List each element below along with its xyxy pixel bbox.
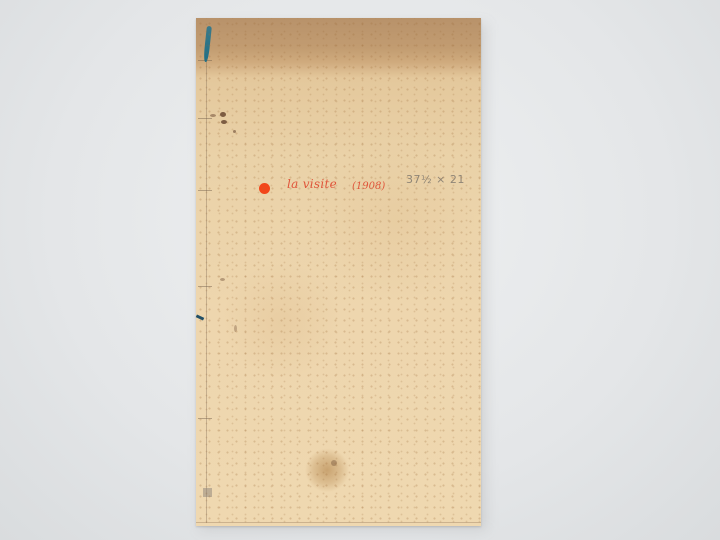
pencil-tick: [198, 418, 212, 419]
stain-spot: [331, 460, 337, 466]
handwritten-date: (1908): [352, 181, 385, 192]
stain-spot: [234, 325, 237, 332]
pencil-tick: [198, 118, 212, 119]
red-marker-dot: [259, 183, 270, 194]
blue-ink-mark: [203, 26, 212, 62]
handwritten-title: la visite: [287, 177, 337, 191]
stain-spot: [210, 114, 216, 117]
stain-spot: [220, 112, 226, 117]
stain-spot: [220, 278, 225, 281]
stain-spot: [221, 120, 227, 124]
artwork-board-back: la visite (1908) 37½ × 21: [196, 18, 481, 526]
blue-ink-mark: [196, 314, 205, 320]
gray-stain: [203, 488, 212, 497]
board-bottom-edge: [196, 522, 481, 523]
pencil-tick: [198, 286, 212, 287]
pencil-tick: [198, 190, 212, 191]
pencil-margin-line: [206, 58, 207, 523]
stain-spot: [233, 130, 236, 133]
pencil-dimensions: 37½ × 21: [406, 173, 465, 186]
